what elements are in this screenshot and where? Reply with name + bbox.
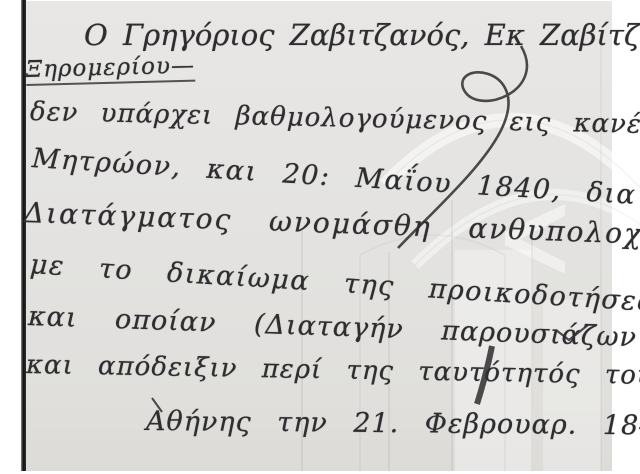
manuscript-line-underlined: Ξηρομερίου—: [26, 53, 196, 86]
scanned-document-image: Ο Γρηγόριος Ζαβιτζανός, Εκ Ζαβίτζης . Ξη…: [0, 0, 640, 474]
manuscript-dateline: Αθήνης την 21. Φεβρουαρ. 1845.: [146, 406, 640, 442]
manuscript-line: Ο Γρηγόριος Ζαβιτζανός, Εκ Ζαβίτζης .: [84, 18, 640, 52]
